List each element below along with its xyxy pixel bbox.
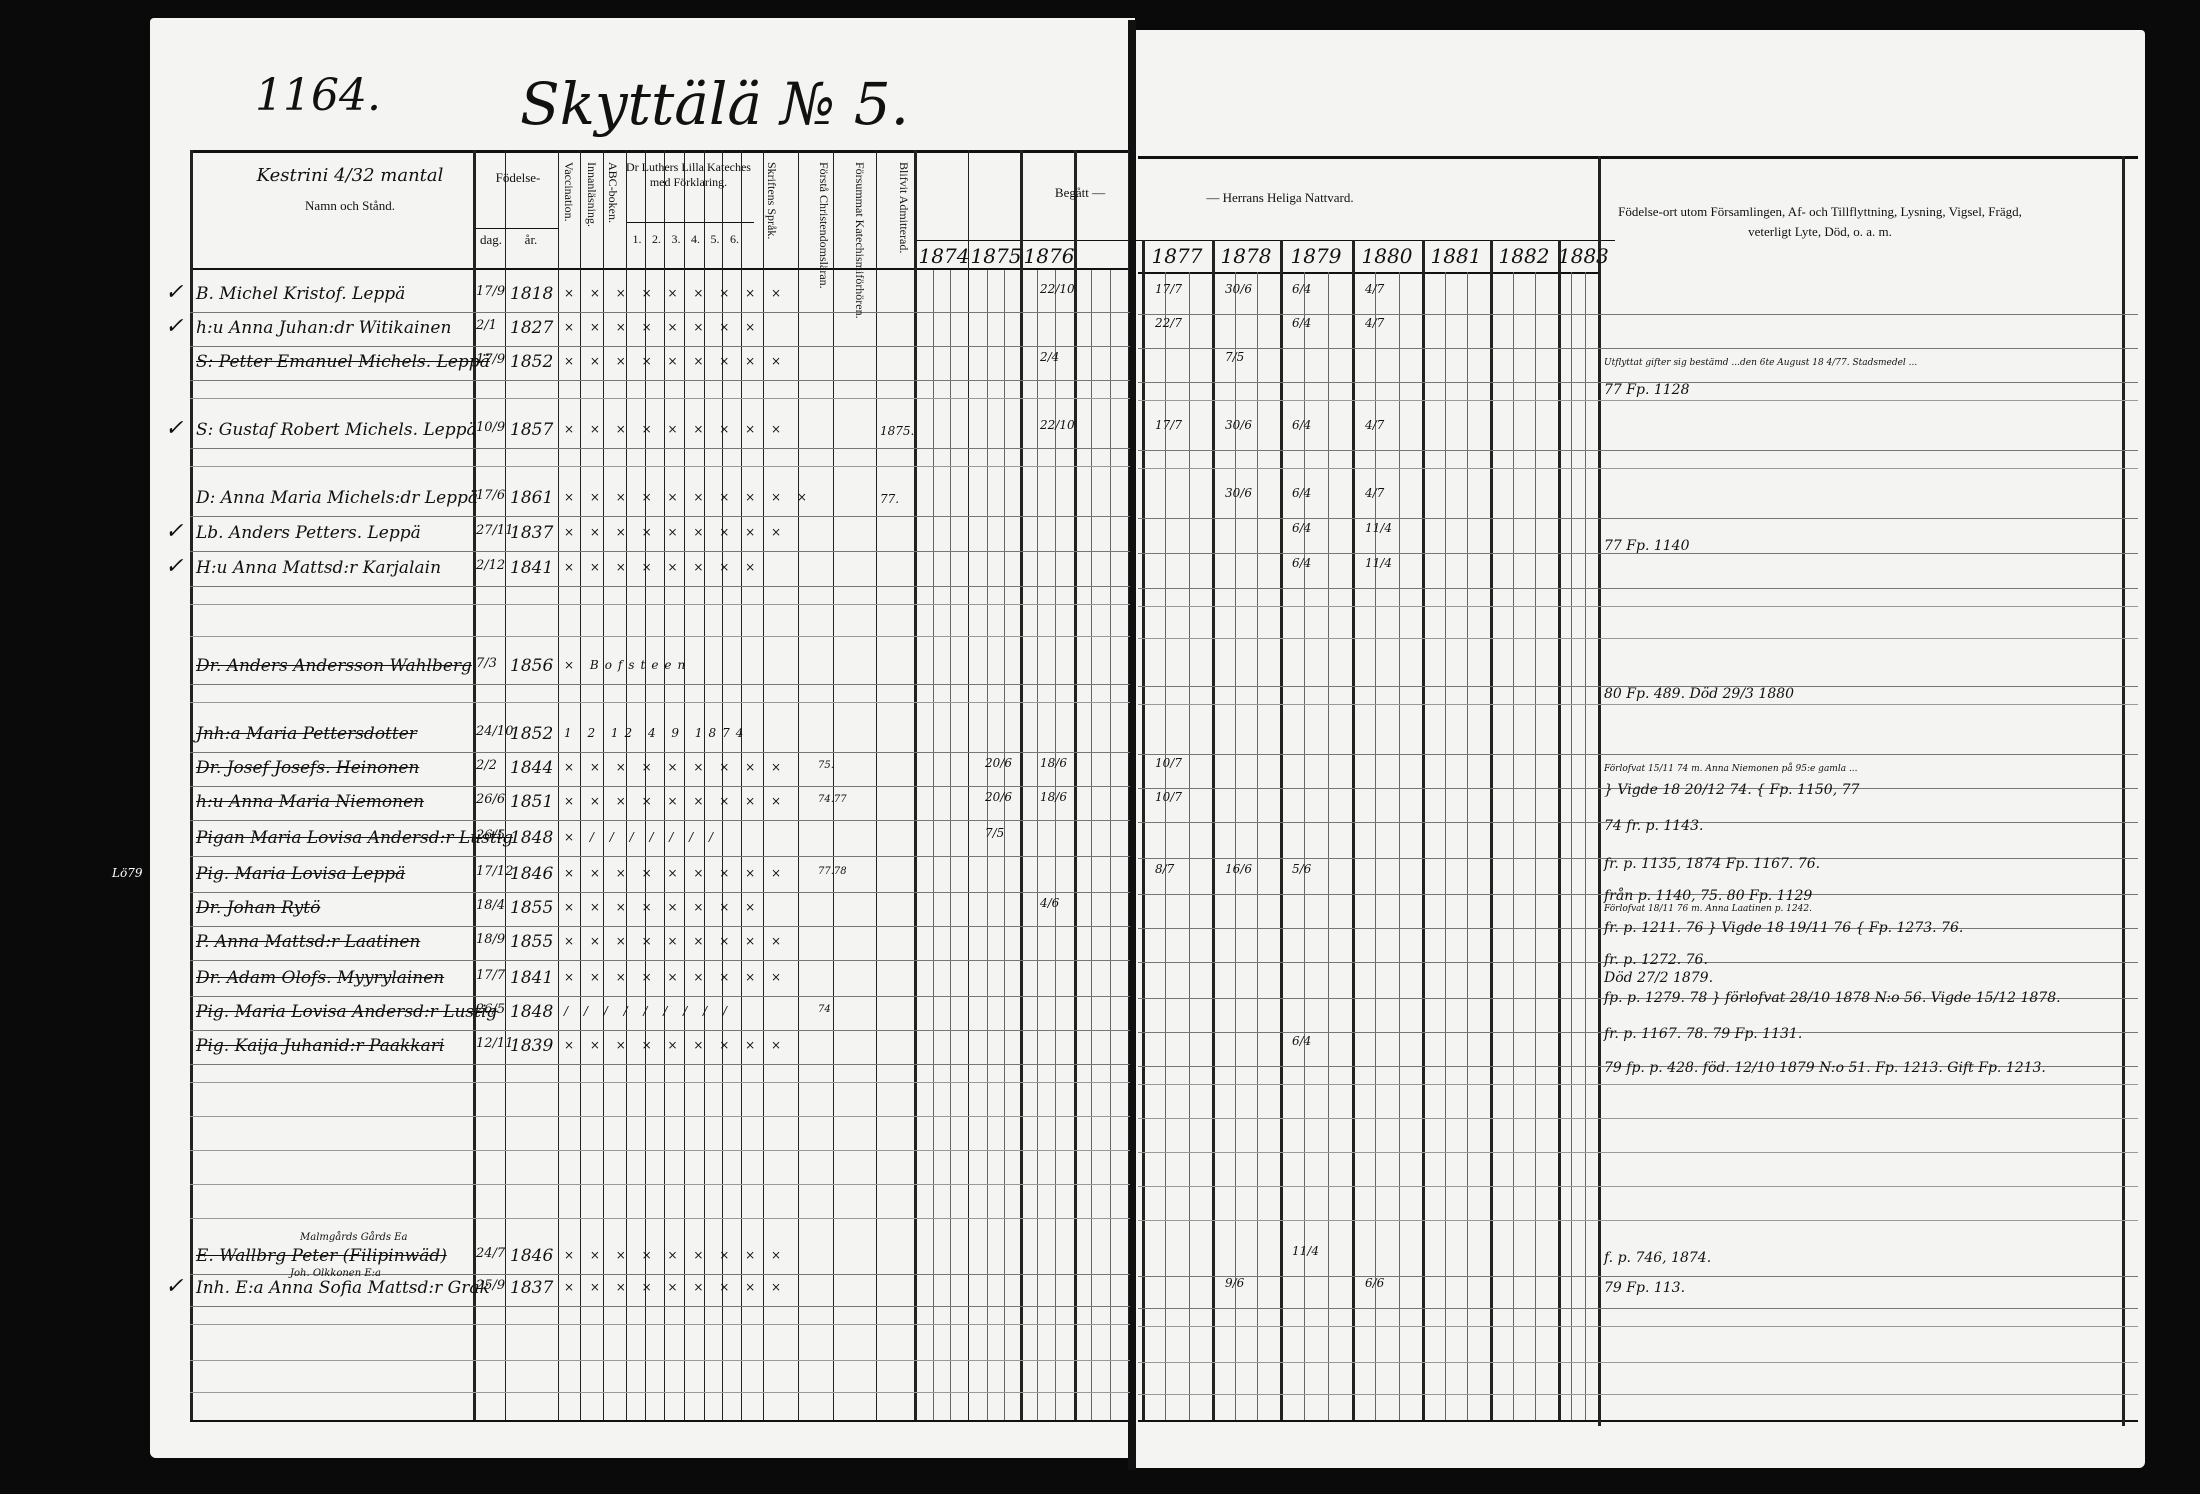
remark-note: fr. p. 1135, 1874 Fp. 1167. 76.	[1598, 856, 1820, 872]
admitted-year: 77.	[880, 492, 899, 506]
row-rule	[190, 1150, 1130, 1151]
birth-year-header: år.	[506, 232, 556, 247]
scripture-header: Skriftens Språk.	[765, 162, 778, 239]
progress-marks: 1 2 12 4 9 1874	[564, 726, 749, 740]
person-name: Jnh:a Maria Pettersdotter	[196, 724, 417, 744]
birth-year: 1855	[510, 932, 553, 952]
person-name: Inh. E:a Anna Sofia Mattsd:r Grak	[196, 1278, 490, 1298]
progress-marks: × × × × × × × × ×	[564, 1248, 787, 1262]
check-mark: ✓	[165, 314, 183, 339]
birth-year: 1837	[510, 1278, 553, 1298]
communion-date: 4/7	[1365, 486, 1384, 500]
remark-note: Förlofvat 18/11 76 m. Anna Laatinen p. 1…	[1598, 904, 1812, 914]
birth-column-header: Födelse-	[478, 170, 558, 185]
catechism-part-label: 1.	[628, 232, 646, 247]
remark-note: fr. p. 1272. 76.	[1598, 952, 1708, 968]
communion-date: 5/6	[1292, 862, 1311, 876]
year-header: 1877	[1142, 244, 1212, 268]
row-rule	[190, 398, 1130, 399]
remark-note: 74 fr. p. 1143.	[1598, 818, 1703, 834]
missed-exam-year: 74.77	[818, 794, 847, 805]
communion-date: 6/4	[1292, 486, 1311, 500]
communion-date: 6/4	[1292, 282, 1311, 296]
person-name: Pig. Kaija Juhanid:r Paakkari	[196, 1036, 444, 1056]
row-rule	[1138, 1152, 2138, 1153]
birth-year: 1852	[510, 352, 553, 372]
communion-date: 8/7	[1155, 862, 1174, 876]
check-mark: ✓	[165, 554, 183, 579]
communion-header-right: — Herrans Heliga Nattvard.	[1160, 190, 1400, 205]
row-rule	[1138, 1186, 2138, 1187]
birth-year: 1841	[510, 558, 553, 578]
progress-marks: / / / / / / / / /	[564, 1004, 733, 1018]
person-name: Dr. Adam Olofs. Myyrylainen	[196, 968, 444, 988]
person-name: S: Gustaf Robert Michels. Leppä	[196, 420, 477, 440]
communion-date: 6/4	[1292, 1034, 1311, 1048]
row-rule	[1138, 450, 2138, 451]
register-row: Pigan Maria Lovisa Andersd:r Lustig26/51…	[0, 828, 1130, 858]
remarks-header: Födelse-ort utom Församlingen, Af- och T…	[1595, 202, 2045, 242]
remark-note: Utflyttat gifter sig bestämd ...den 6te …	[1598, 358, 1917, 368]
remark-note: 80 Fp. 489. Död 29/3 1880	[1598, 686, 1794, 702]
progress-marks: × × × × × × × ×	[564, 900, 761, 914]
column-subrule	[1467, 272, 1468, 1420]
progress-marks: × × × × × × × × ×	[564, 760, 787, 774]
communion-date: 20/6	[985, 756, 1012, 770]
page-number: 1164.	[255, 70, 381, 121]
catechism-part-label: 4.	[687, 232, 705, 247]
birth-day: 26/5	[476, 1002, 505, 1017]
birth-year: 1846	[510, 864, 553, 884]
register-row: ✓Inh. E:a Anna Sofia Mattsd:r Grak25/918…	[0, 1278, 1130, 1308]
remark-note: } Vigde 18 20/12 74. { Fp. 1150, 77	[1598, 782, 1859, 798]
year-column-rule	[1490, 240, 1493, 1420]
column-subrule	[1235, 272, 1236, 1420]
communion-date: 2/4	[1040, 350, 1059, 364]
row-rule	[1138, 1084, 2138, 1085]
remark-note: 77 Fp. 1128	[1598, 382, 1689, 398]
register-row: E. Wallbrg Peter (Filipinwäd)24/71846× ×…	[0, 1246, 1130, 1276]
above-name-note: Malmgårds Gårds Ea	[300, 1232, 407, 1243]
progress-marks: × × × × × × × × ×	[564, 866, 787, 880]
communion-date: 4/7	[1365, 282, 1384, 296]
row-rule	[190, 1184, 1130, 1185]
year-header: 1875	[970, 244, 1022, 268]
column-subrule	[1513, 272, 1514, 1420]
register-row: Dr. Josef Josefs. Heinonen2/21844× × × ×…	[0, 758, 1130, 788]
catechism-part-label: 6.	[726, 232, 744, 247]
birth-year: 1837	[510, 523, 553, 543]
progress-marks: × Bofsteen	[564, 658, 691, 672]
column-subrule	[1165, 272, 1166, 1420]
birth-day: 2/1	[476, 318, 497, 333]
year-header: 1883	[1558, 244, 1598, 268]
check-mark: ✓	[165, 280, 183, 305]
person-name: h:u Anna Maria Niemonen	[196, 792, 424, 812]
row-rule	[1138, 468, 2138, 469]
progress-marks: × × × × × × × ×	[564, 320, 761, 334]
communion-date: 30/6	[1225, 418, 1252, 432]
person-name: S: Petter Emanuel Michels. Leppä	[196, 352, 490, 372]
person-name: Pig. Maria Lovisa Leppä	[196, 864, 405, 884]
row-rule	[1138, 348, 2138, 349]
communion-date: 4/6	[1040, 896, 1059, 910]
row-rule	[1138, 1326, 2138, 1327]
progress-marks: × × × × × × × × ×	[564, 525, 787, 539]
communion-date: 4/7	[1365, 316, 1384, 330]
row-rule	[1138, 518, 2138, 519]
remark-note: 79 fp. p. 428. föd. 12/10 1879 N:o 51. F…	[1598, 1060, 2046, 1076]
missed-exam-year: 75.	[818, 760, 834, 771]
row-rule	[190, 1324, 1130, 1325]
birth-day: 24/10	[476, 724, 513, 739]
above-name-note: Joh. Olkkonen E:a	[290, 1268, 381, 1279]
name-column-annotation: Kestrini 4/32 mantal	[250, 168, 450, 183]
year-column-rule	[1280, 240, 1283, 1420]
birth-year: 1827	[510, 318, 553, 338]
remark-note: från p. 1140, 75. 80 Fp. 1129	[1598, 888, 1812, 904]
communion-date: 7/5	[1225, 350, 1244, 364]
communion-date: 17/7	[1155, 282, 1182, 296]
birth-year: 1818	[510, 284, 553, 304]
table-top-border-left	[190, 150, 1130, 153]
year-header: 1881	[1422, 244, 1490, 268]
communion-date: 11/4	[1365, 521, 1392, 535]
communion-date: 30/6	[1225, 282, 1252, 296]
communion-date: 6/4	[1292, 418, 1311, 432]
row-rule	[190, 1392, 1130, 1393]
birth-day: 17/6	[476, 488, 505, 503]
progress-marks: × × × × × × × × ×	[564, 354, 787, 368]
year-column-rule	[1352, 240, 1355, 1420]
progress-marks: × × × × × × × × ×	[564, 934, 787, 948]
remark-note: Förlofvat 15/11 74 m. Anna Niemonen på 9…	[1598, 764, 1858, 774]
progress-marks: × × × × × × × × ×	[564, 794, 787, 808]
communion-date: 9/6	[1225, 1276, 1244, 1290]
remark-note: fr. p. 1167. 78. 79 Fp. 1131.	[1598, 1026, 1802, 1042]
communion-date: 7/5	[985, 826, 1004, 840]
catechism-part-label: 2.	[648, 232, 666, 247]
row-rule	[190, 466, 1130, 467]
birth-year: 1852	[510, 724, 553, 744]
vaccination-header: Vaccination.	[562, 162, 575, 222]
year-header: 1876	[1022, 244, 1076, 268]
birth-day-header: dag.	[476, 232, 506, 247]
register-row: ✓h:u Anna Juhan:dr Witikainen2/11827× × …	[0, 318, 1130, 348]
progress-marks: × × × × × × × × ×	[564, 286, 787, 300]
check-mark: ✓	[165, 416, 183, 441]
person-name: Dr. Johan Rytö	[196, 898, 320, 918]
column-subrule	[1328, 272, 1329, 1420]
person-name: D: Anna Maria Michels:dr Leppä	[196, 488, 478, 508]
communion-date: 22/10	[1040, 418, 1075, 432]
year-header: 1874	[918, 244, 970, 268]
row-rule	[1138, 1276, 2138, 1277]
communion-date: 18/6	[1040, 790, 1067, 804]
birth-day: 17/9	[476, 284, 505, 299]
communion-date: 6/6	[1365, 1276, 1384, 1290]
communion-date: 4/7	[1365, 418, 1384, 432]
row-rule	[190, 1218, 1130, 1219]
row-rule	[1138, 314, 2138, 315]
missed-exam-year: 77.78	[818, 866, 847, 877]
birth-day: 26/5	[476, 828, 505, 843]
column-subrule	[1445, 272, 1446, 1420]
column-subrule	[1585, 272, 1586, 1420]
person-name: H:u Anna Mattsd:r Karjalain	[196, 558, 441, 578]
row-rule	[1138, 1220, 2138, 1221]
communion-date: 17/7	[1155, 418, 1182, 432]
progress-marks: × × × × × × × × ×	[564, 970, 787, 984]
reading-header: Innanläsning.	[585, 162, 598, 227]
birth-day: 24/7	[476, 1246, 505, 1261]
communion-date: 16/6	[1225, 862, 1252, 876]
birth-year: 1856	[510, 656, 553, 676]
register-row: h:u Anna Maria Niemonen26/61851× × × × ×…	[0, 792, 1130, 822]
year-header: 1879	[1280, 244, 1352, 268]
remark-note: 77 Fp. 1140	[1598, 538, 1689, 554]
remark-note: f. p. 746, 1874.	[1598, 1250, 1711, 1266]
communion-date: 22/7	[1155, 316, 1182, 330]
table-bottom-border-right	[1138, 1420, 2138, 1422]
register-row: Dr. Adam Olofs. Myyrylainen17/71841× × ×…	[0, 968, 1130, 998]
year-header: 1882	[1490, 244, 1558, 268]
remark-note: Död 27/2 1879.	[1598, 970, 1713, 986]
person-name: B. Michel Kristof. Leppä	[196, 284, 405, 304]
admitted-header: Blifvit Admitterad.	[880, 162, 910, 253]
margin-note-left: Lö79	[112, 866, 142, 880]
birth-day: 18/9	[476, 932, 505, 947]
person-name: E. Wallbrg Peter (Filipinwäd)	[196, 1246, 447, 1266]
progress-marks: × × × × × × × × × ×	[564, 490, 813, 504]
row-rule	[1138, 400, 2138, 401]
communion-date: 22/10	[1040, 282, 1075, 296]
register-row: ✓H:u Anna Mattsd:r Karjalain2/121841× × …	[0, 558, 1130, 588]
register-row: ✓S: Gustaf Robert Michels. Leppä10/91857…	[0, 420, 1130, 450]
communion-date: 11/4	[1365, 556, 1392, 570]
row-rule	[1138, 1308, 2138, 1309]
progress-marks: × × × × × × × × ×	[564, 422, 787, 436]
abc-book-header: ABC-boken.	[606, 162, 619, 223]
communion-date: 10/7	[1155, 756, 1182, 770]
person-name: Dr. Anders Andersson Wahlberg	[196, 656, 472, 676]
birth-day: 26/6	[476, 792, 505, 807]
row-rule	[1138, 638, 2138, 639]
register-row: Dr. Johan Rytö18/41855× × × × × × × ×	[0, 898, 1130, 928]
missed-exam-year: 74	[818, 1004, 831, 1015]
communion-date: 11/4	[1292, 1244, 1319, 1258]
column-subrule	[1571, 272, 1572, 1420]
communion-date: 30/6	[1225, 486, 1252, 500]
column-subrule	[1399, 272, 1400, 1420]
register-row: Pig. Maria Lovisa Leppä17/121846× × × × …	[0, 864, 1130, 894]
person-name: Pigan Maria Lovisa Andersd:r Lustig	[196, 828, 513, 848]
birth-year: 1841	[510, 968, 553, 988]
birth-year: 1839	[510, 1036, 553, 1056]
check-mark: ✓	[165, 519, 183, 544]
birth-year: 1861	[510, 488, 553, 508]
row-rule	[1138, 606, 2138, 607]
header-bottom-border-right	[1138, 272, 1598, 274]
register-row: Jnh:a Maria Pettersdotter24/1018521 2 12…	[0, 724, 1130, 754]
communion-date: 6/4	[1292, 521, 1311, 535]
name-column-header: Namn och Stånd.	[240, 198, 460, 213]
birth-year: 1844	[510, 758, 553, 778]
birth-year: 1855	[510, 898, 553, 918]
birth-day: 17/12	[476, 864, 513, 879]
birth-day: 17/7	[476, 968, 505, 983]
village-title: Skyttälä № 5.	[520, 70, 909, 138]
row-rule	[1138, 1394, 2138, 1395]
birth-year: 1851	[510, 792, 553, 812]
birth-year: 1848	[510, 828, 553, 848]
year-column-rule	[1212, 240, 1215, 1420]
communion-header-left: Begått —	[1030, 185, 1130, 200]
remark-note: fr. p. 1211. 76 } Vigde 18 19/11 76 { Fp…	[1598, 920, 1963, 936]
birth-day: 12/11	[476, 1036, 513, 1051]
row-rule	[190, 604, 1130, 605]
birth-day: 10/9	[476, 420, 505, 435]
birth-year: 1848	[510, 1002, 553, 1022]
table-bottom-border-left	[190, 1420, 1130, 1422]
row-rule	[1138, 588, 2138, 589]
birth-day: 17/9	[476, 352, 505, 367]
register-row: Dr. Anders Andersson Wahlberg7/31856× Bo…	[0, 656, 1130, 686]
year-column-rule	[1142, 240, 1145, 1420]
communion-date: 20/6	[985, 790, 1012, 804]
birth-day: 7/3	[476, 656, 497, 671]
birth-day: 25/9	[476, 1278, 505, 1293]
row-rule	[1138, 754, 2138, 755]
check-mark: ✓	[165, 1274, 183, 1299]
year-column-rule	[1558, 240, 1561, 1420]
register-row: D: Anna Maria Michels:dr Leppä17/61861× …	[0, 488, 1130, 518]
birth-day: 27/11	[476, 523, 513, 538]
birth-day: 18/4	[476, 898, 505, 913]
row-rule	[190, 1360, 1130, 1361]
right-border-rule	[2122, 156, 2125, 1426]
table-top-border-right	[1138, 156, 2138, 159]
admitted-year: 1875.	[880, 424, 914, 438]
person-name: h:u Anna Juhan:dr Witikainen	[196, 318, 451, 338]
register-row: S: Petter Emanuel Michels. Leppä17/91852…	[0, 352, 1130, 382]
birth-year: 1857	[510, 420, 553, 440]
row-rule	[190, 636, 1130, 637]
progress-marks: × × × × × × × ×	[564, 560, 761, 574]
understanding-header: Förstå Christendomsläran.	[800, 162, 830, 289]
row-rule	[190, 702, 1130, 703]
communion-date: 6/4	[1292, 316, 1311, 330]
row-rule	[190, 1082, 1130, 1083]
birth-day: 2/2	[476, 758, 497, 773]
catechism-header: Dr Luthers Lilla Kateches med Förklaring…	[626, 160, 751, 190]
register-row: Pig. Maria Lovisa Andersd:r Lustig26/518…	[0, 1002, 1130, 1032]
remark-note: fp. p. 1279. 78 } förlofvat 28/10 1878 N…	[1598, 990, 2061, 1006]
catechism-part-label: 3.	[667, 232, 685, 247]
header-bottom-border-left	[190, 268, 1130, 270]
year-header: 1880	[1352, 244, 1422, 268]
row-rule	[1138, 704, 2138, 705]
birth-subheader-line	[473, 228, 558, 229]
birth-year: 1846	[510, 1246, 553, 1266]
column-subrule	[1535, 272, 1536, 1420]
birth-day: 2/12	[476, 558, 505, 573]
column-subrule	[1189, 272, 1190, 1420]
column-subrule	[1257, 272, 1258, 1420]
row-rule	[1138, 1118, 2138, 1119]
person-name: Dr. Josef Josefs. Heinonen	[196, 758, 419, 778]
person-name: P. Anna Mattsd:r Laatinen	[196, 932, 420, 952]
progress-marks: × × × × × × × × ×	[564, 1280, 787, 1294]
row-rule	[1138, 1362, 2138, 1363]
register-row: Pig. Kaija Juhanid:r Paakkari12/111839× …	[0, 1036, 1130, 1066]
register-row: P. Anna Mattsd:r Laatinen18/91855× × × ×…	[0, 932, 1130, 962]
progress-marks: × / / / / / / /	[564, 830, 719, 844]
communion-date: 6/4	[1292, 556, 1311, 570]
remark-note: 79 Fp. 113.	[1598, 1280, 1685, 1296]
person-name: Pig. Maria Lovisa Andersd:r Lustig	[196, 1002, 497, 1022]
register-row: ✓Lb. Anders Petters. Leppä27/111837× × ×…	[0, 523, 1130, 553]
column-subrule	[1375, 272, 1376, 1420]
catechism-part-label: 5.	[706, 232, 724, 247]
year-column-rule	[1422, 240, 1425, 1420]
person-name: Lb. Anders Petters. Leppä	[196, 523, 421, 543]
communion-date: 18/6	[1040, 756, 1067, 770]
register-row: ✓B. Michel Kristof. Leppä17/91818× × × ×…	[0, 284, 1130, 314]
row-rule	[190, 1116, 1130, 1117]
year-header: 1878	[1212, 244, 1280, 268]
communion-date: 10/7	[1155, 790, 1182, 804]
progress-marks: × × × × × × × × ×	[564, 1038, 787, 1052]
